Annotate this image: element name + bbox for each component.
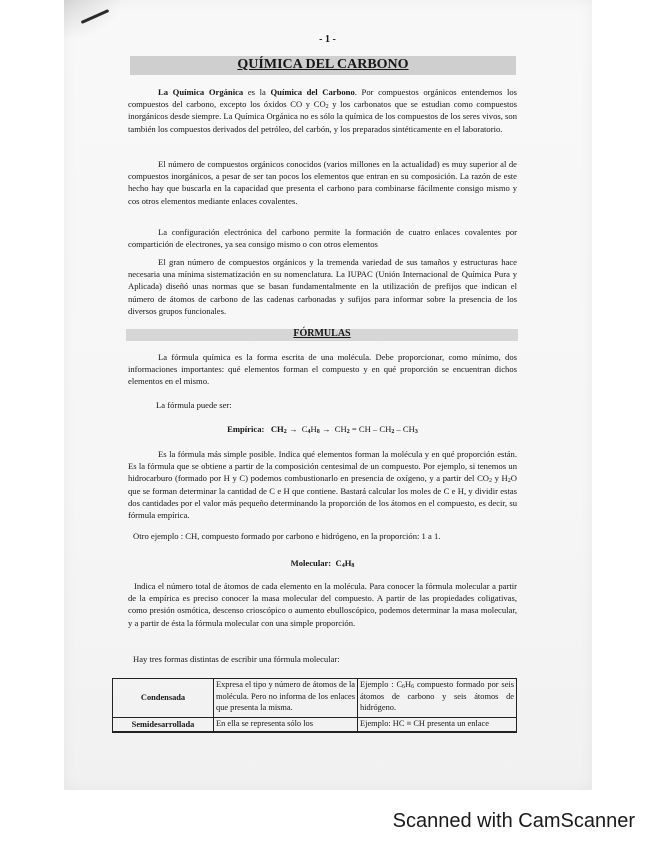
arrow-icon: → bbox=[289, 424, 298, 434]
subscript: 3 bbox=[415, 429, 418, 435]
camscanner-watermark: Scanned with CamScanner bbox=[393, 810, 635, 833]
molecular-description: Indica el número total de átomos de cada… bbox=[128, 580, 517, 629]
formulas-heading: FÓRMULAS bbox=[126, 328, 518, 339]
formula-text: CH bbox=[335, 424, 347, 434]
row-example: Ejemplo : C6H6 compuesto formado por sei… bbox=[358, 679, 517, 718]
text: es la bbox=[243, 87, 270, 97]
row-example: Ejemplo: HC ≡ CH presenta un enlace bbox=[358, 718, 517, 733]
intro-paragraph-3: La configuración electrónica del carbono… bbox=[128, 226, 517, 250]
formulas-paragraph-1: La fórmula química es la forma escrita d… bbox=[128, 351, 517, 388]
intro-paragraph-2: El número de compuestos orgánicos conoci… bbox=[128, 158, 517, 207]
empirical-formula-line: Empírica: CH2 → C4H8 → CH2 = CH – CH2 – … bbox=[128, 424, 517, 434]
empirical-description: Es la fórmula más simple posible. Indica… bbox=[128, 448, 517, 521]
bold-term: La Química Orgánica bbox=[158, 87, 243, 97]
other-example: Otro ejemplo : CH, compuesto formado por… bbox=[133, 531, 440, 541]
page-title: QUÍMICA DEL CARBONO bbox=[130, 57, 516, 73]
intro-paragraph-1: La Química Orgánica es la Química del Ca… bbox=[128, 86, 517, 135]
text: Ejemplo : C bbox=[360, 680, 402, 689]
subscript: 8 bbox=[317, 429, 320, 435]
subscript: 2 bbox=[284, 429, 287, 435]
molecular-formula-line: Molecular: C4H8 bbox=[128, 558, 517, 568]
text: Es la fórmula más simple posible. Indica… bbox=[128, 449, 517, 483]
molecular-label: Molecular: bbox=[291, 558, 332, 568]
bold-term: Química del Carbono bbox=[271, 87, 355, 97]
arrow-icon: → bbox=[322, 424, 331, 434]
title-bar: QUÍMICA DEL CARBONO bbox=[130, 56, 516, 75]
formula-types-table: Condensada Expresa el tipo y número de á… bbox=[112, 678, 517, 733]
formula-text: – CH bbox=[394, 424, 415, 434]
intro-paragraph-4: El gran número de compuestos orgánicos y… bbox=[128, 256, 517, 317]
text: y H bbox=[492, 473, 508, 483]
table-row: Semidesarrollada En ella se representa s… bbox=[113, 718, 517, 733]
formula-text: CH bbox=[271, 424, 284, 434]
formula-lead: La fórmula puede ser: bbox=[156, 400, 232, 410]
three-forms-lead: Hay tres formas distintas de escribir un… bbox=[133, 654, 340, 664]
table-row: Condensada Expresa el tipo y número de á… bbox=[113, 679, 517, 718]
row-header: Condensada bbox=[113, 679, 214, 718]
row-description: En ella se representa sólo los bbox=[214, 718, 358, 733]
row-header: Semidesarrollada bbox=[113, 718, 214, 733]
page-number: - 1 - bbox=[0, 34, 655, 45]
row-description: Expresa el tipo y número de átomos de la… bbox=[214, 679, 358, 718]
formula-text: = CH – CH bbox=[350, 424, 392, 434]
subscript: 8 bbox=[351, 563, 354, 569]
empirical-label: Empírica: bbox=[227, 424, 264, 434]
formulas-heading-bar: FÓRMULAS bbox=[126, 329, 518, 341]
